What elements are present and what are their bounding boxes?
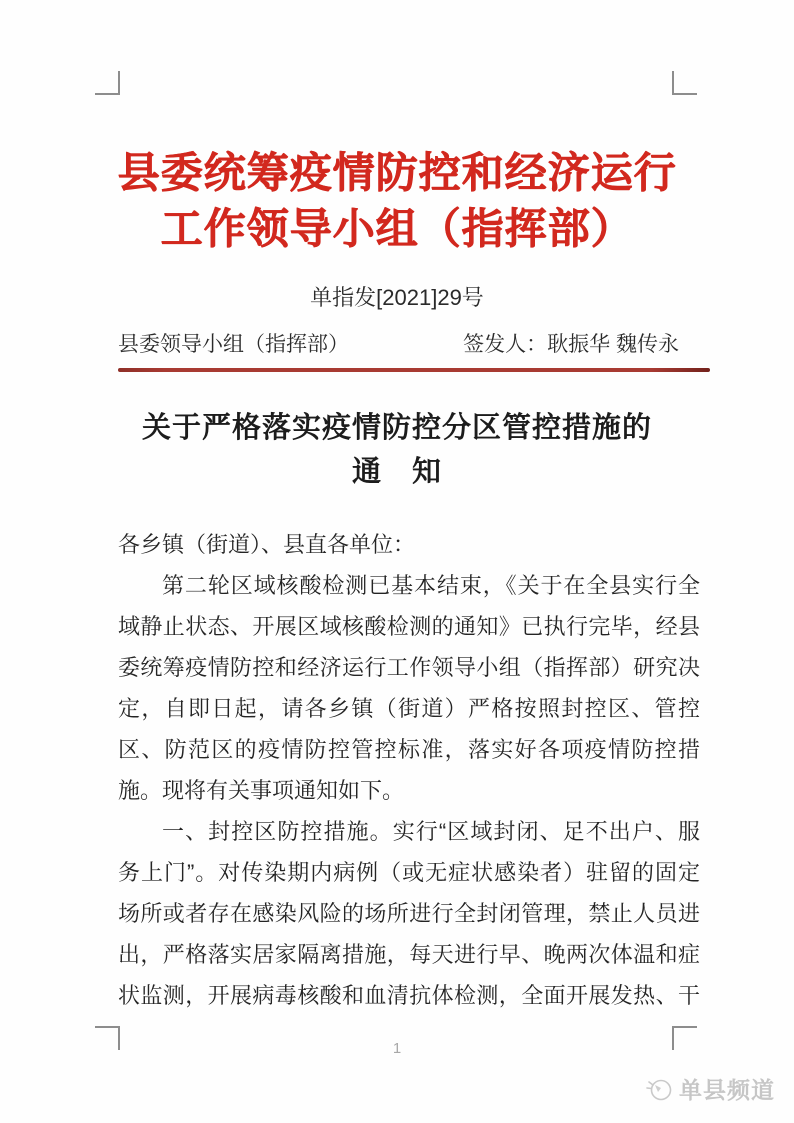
channel-logo-icon [645,1075,673,1103]
body-line: 出，严格落实居家隔离措施，每天进行早、晚两次体温和症 [118,934,700,975]
body-line: 务上门”。对传染期内病例（或无症状感染者）驻留的固定 [118,852,700,893]
body-line: 定，自即日起，请各乡镇（街道）严格按照封控区、管控 [118,688,700,729]
document-page: 县委统筹疫情防控和经济运行 工作领导小组（指挥部） 单指发[2021]29号 县… [0,0,794,1123]
document-number: 单指发[2021]29号 [0,284,794,312]
body-line: 施。现将有关事项通知如下。 [118,770,700,811]
notice-title-line2: 通 知 [0,450,794,494]
notice-title: 关于严格落实疫情防控分区管控措施的 通 知 [0,406,794,494]
signoff-row: 县委领导小组（指挥部） 签发人：耿振华 魏传永 [118,330,679,360]
org-title-line2: 工作领导小组（指挥部） [0,201,794,257]
body-line: 一、封控区防控措施。实行“区域封闭、足不出户、服 [118,811,700,852]
issuing-org-letterhead: 县委统筹疫情防控和经济运行 工作领导小组（指挥部） [0,145,794,257]
signer-names: 签发人：耿振华 魏传永 [463,330,679,360]
body-line: 域静止状态、开展区域核酸检测的通知》已执行完毕，经县 [118,606,700,647]
channel-watermark: 单县频道 [645,1072,775,1105]
body-line: 场所或者存在感染风险的场所进行全封闭管理，禁止人员进 [118,893,700,934]
issuer-name: 县委领导小组（指挥部） [118,330,349,360]
body-line: 状监测，开展病毒核酸和血清抗体检测，全面开展发热、干 [118,975,700,1016]
text-boundary-mark-top-right [672,71,697,95]
red-divider-line [118,368,710,372]
body-line-salutation: 各乡镇（街道）、县直各单位： [118,524,700,565]
body-line: 委统筹疫情防控和经济运行工作领导小组（指挥部）研究决 [118,647,700,688]
notice-title-line1: 关于严格落实疫情防控分区管控措施的 [0,406,794,450]
body-line: 第二轮区域核酸检测已基本结束，《关于在全县实行全 [118,565,700,606]
watermark-text: 单县频道 [679,1072,775,1105]
text-boundary-mark-top-left [95,71,120,95]
body-line: 区、防范区的疫情防控管控标准，落实好各项疫情防控措 [118,729,700,770]
notice-body: 各乡镇（街道）、县直各单位： 第二轮区域核酸检测已基本结束，《关于在全县实行全 … [118,524,700,1016]
page-number: 1 [0,1040,794,1057]
org-title-line1: 县委统筹疫情防控和经济运行 [0,145,794,201]
